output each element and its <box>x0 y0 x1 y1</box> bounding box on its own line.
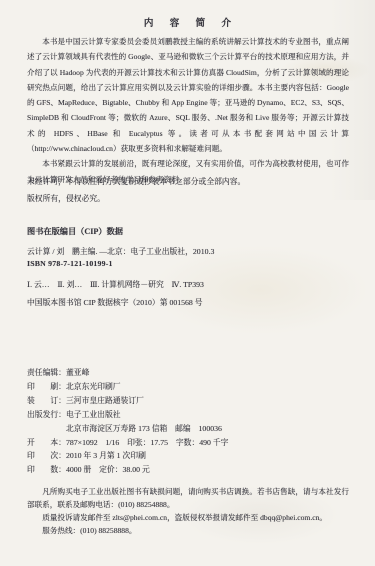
service-info-section: 凡所购买电子工业出版社图书有缺损问题，请向购买书店调换。若书店售缺，请与本社发行… <box>27 486 349 538</box>
colophon-line-editor: 责任编辑：董亚峰 <box>27 366 355 380</box>
colophon-line-impression: 印 次：2010 年 3 月第 1 次印刷 <box>27 449 355 463</box>
colophon-line-publisher: 出版发行：电子工业出版社 <box>27 408 355 422</box>
service-exchange-note: 凡所购买电子工业出版社图书有缺损问题，请向购买书店调换。若书店售缺，请与本社发行… <box>27 486 349 512</box>
book-copyright-page: 内 容 简 介 本书是中国云计算专家委员会委员刘鹏教授主编的系统讲解云计算技术的… <box>0 0 375 566</box>
content-summary-paragraph-1: 本书是中国云计算专家委员会委员刘鹏教授主编的系统讲解云计算技术的专业图书，重点阐… <box>27 34 349 156</box>
service-hotline: 服务热线：(010) 88258888。 <box>27 525 349 538</box>
colophon-line-binder: 装 订：三河市皇庄路通装订厂 <box>27 394 355 408</box>
colophon-line-format: 开 本：787×1092 1/16 印张：17.75 字数：490 千字 <box>27 436 355 450</box>
complaint-email-note: 质量投诉请发邮件至 zlts@phei.com.cn，盗版侵权举报请发邮件至 d… <box>27 512 349 525</box>
copyright-notice-line-1: 未经许可，不得以任何方式复制或抄袭本书之部分或全部内容。 <box>27 173 349 190</box>
isbn-line: ISBN 978-7-121-10199-1 <box>27 259 113 268</box>
colophon-section: 责任编辑：董亚峰 印 刷：北京东光印刷厂 装 订：三河市皇庄路通装订厂 出版发行… <box>27 366 355 477</box>
colophon-line-printer: 印 刷：北京东光印刷厂 <box>27 380 355 394</box>
copyright-notice-line-2: 版权所有，侵权必究。 <box>27 190 349 207</box>
content-summary-section: 本书是中国云计算专家委员会委员刘鹏教授主编的系统讲解云计算技术的专业图书，重点阐… <box>27 34 349 187</box>
colophon-line-address: 北京市海淀区万寿路 173 信箱 邮编 100036 <box>27 422 355 436</box>
cip-classification: Ⅰ. 云… Ⅱ. 刘… Ⅲ. 计算机网络－研究 Ⅳ. TP393 <box>27 279 204 290</box>
copyright-notice: 未经许可，不得以任何方式复制或抄袭本书之部分或全部内容。 版权所有，侵权必究。 <box>27 173 349 207</box>
cip-record-number: 中国版本图书馆 CIP 数据核字（2010）第 001568 号 <box>27 297 203 308</box>
colophon-line-printrun-price: 印 数：4000 册 定价：38.00 元 <box>27 463 355 477</box>
content-summary-heading: 内 容 简 介 <box>0 15 375 29</box>
cip-entry: 云计算 / 刘 鹏主编. —北京：电子工业出版社，2010.3 <box>27 246 214 257</box>
cip-data-heading: 图书在版编目（CIP）数据 <box>27 226 123 237</box>
scan-smudge <box>150 245 370 335</box>
